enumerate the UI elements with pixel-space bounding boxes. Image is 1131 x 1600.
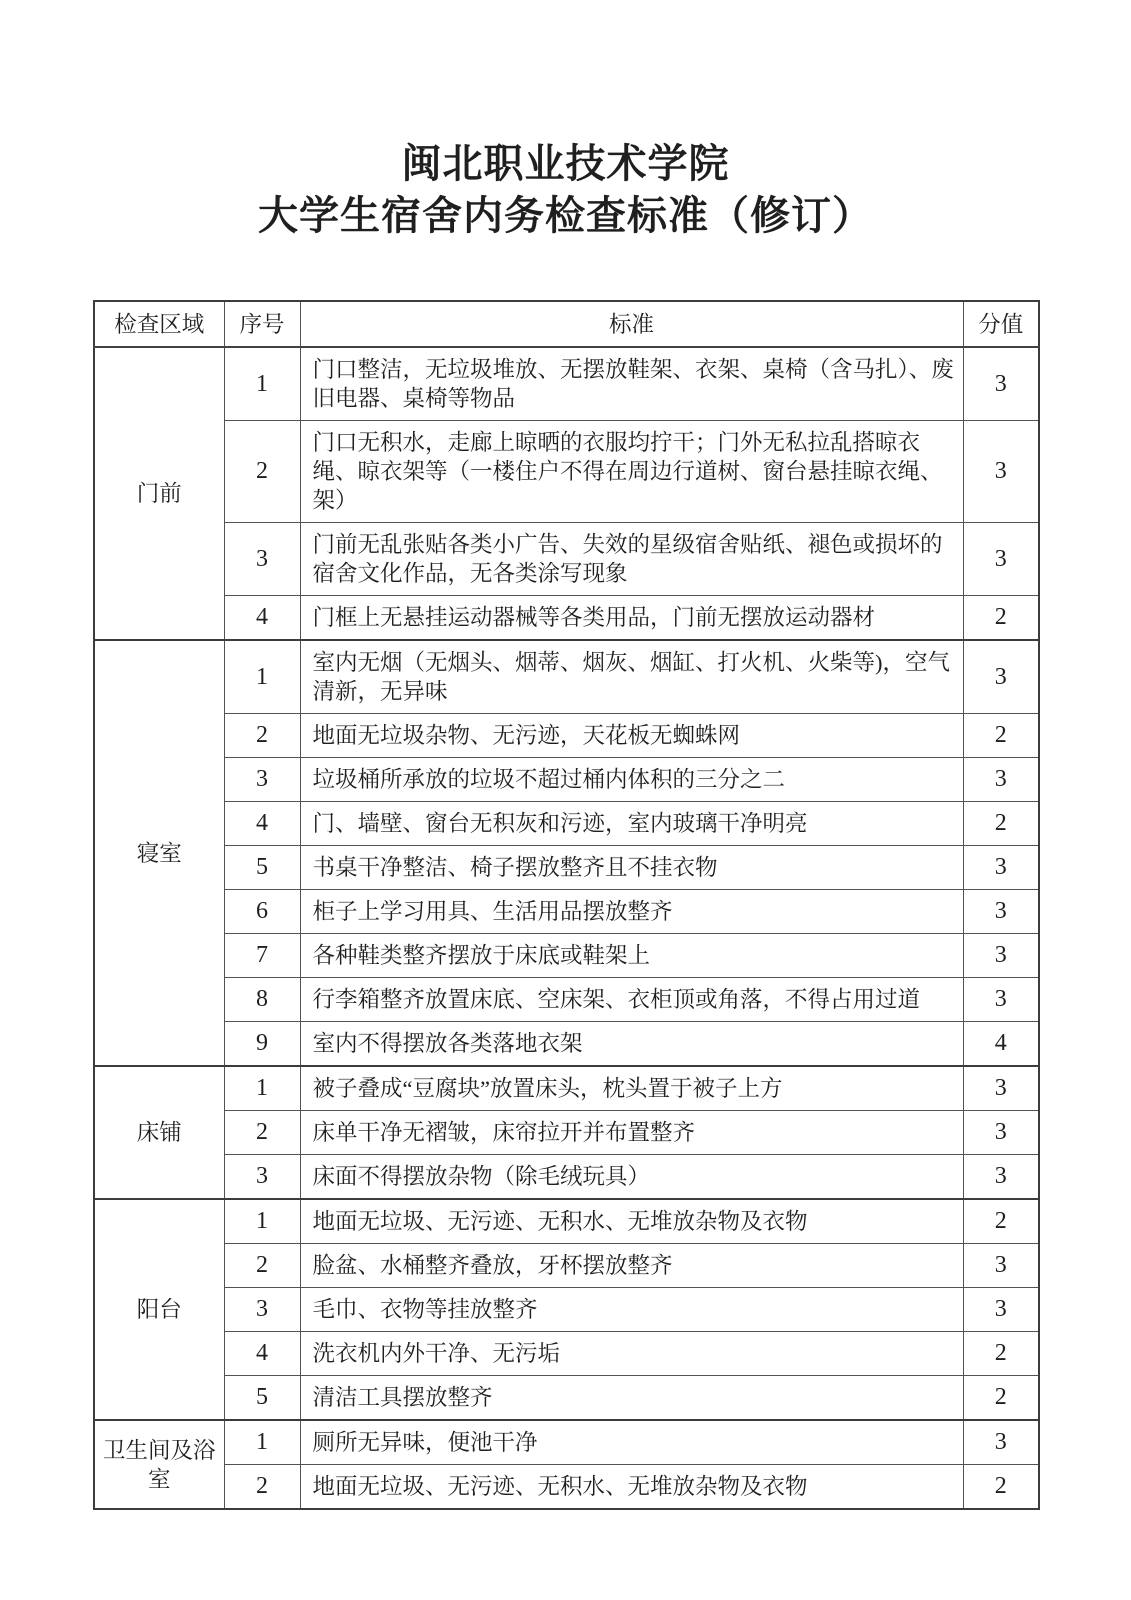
score-cell: 3 — [963, 1420, 1039, 1465]
index-cell: 1 — [224, 640, 300, 714]
score-cell: 2 — [963, 1376, 1039, 1421]
index-cell: 1 — [224, 347, 300, 421]
index-cell: 5 — [224, 846, 300, 890]
standard-cell: 垃圾桶所承放的垃圾不超过桶内体积的三分之二 — [300, 758, 963, 802]
inspection-table-wrapper: 检查区域 序号 标准 分值 门前1门口整洁，无垃圾堆放、无摆放鞋架、衣架、桌椅（… — [93, 300, 1131, 1510]
score-cell: 2 — [963, 714, 1039, 758]
table-row: 3门前无乱张贴各类小广告、失效的星级宿舍贴纸、褪色或损坏的宿舍文化作品，无各类涂… — [94, 523, 1039, 596]
score-cell: 3 — [963, 1244, 1039, 1288]
table-row: 6柜子上学习用具、生活用品摆放整齐3 — [94, 890, 1039, 934]
index-cell: 3 — [224, 1288, 300, 1332]
index-cell: 2 — [224, 714, 300, 758]
table-row: 2床单干净无褶皱，床帘拉开并布置整齐3 — [94, 1111, 1039, 1155]
header-index: 序号 — [224, 301, 300, 347]
index-cell: 1 — [224, 1066, 300, 1111]
table-row: 卫生间及浴室1厕所无异味，便池干净3 — [94, 1420, 1039, 1465]
index-cell: 2 — [224, 1465, 300, 1510]
table-row: 3毛巾、衣物等挂放整齐3 — [94, 1288, 1039, 1332]
table-row: 8行李箱整齐放置床底、空床架、衣柜顶或角落，不得占用过道3 — [94, 978, 1039, 1022]
table-row: 2地面无垃圾杂物、无污迹，天花板无蜘蛛网2 — [94, 714, 1039, 758]
area-cell: 床铺 — [94, 1066, 224, 1199]
score-cell: 2 — [963, 1199, 1039, 1244]
score-cell: 3 — [963, 1288, 1039, 1332]
table-header-row: 检查区域 序号 标准 分值 — [94, 301, 1039, 347]
inspection-standards-table: 检查区域 序号 标准 分值 门前1门口整洁，无垃圾堆放、无摆放鞋架、衣架、桌椅（… — [93, 300, 1040, 1510]
score-cell: 3 — [963, 523, 1039, 596]
standard-cell: 门框上无悬挂运动器械等各类用品，门前无摆放运动器材 — [300, 596, 963, 641]
document-title: 闽北职业技术学院 大学生宿舍内务检查标准（修订） — [0, 0, 1131, 242]
score-cell: 3 — [963, 978, 1039, 1022]
score-cell: 3 — [963, 421, 1039, 523]
standard-cell: 脸盆、水桶整齐叠放，牙杯摆放整齐 — [300, 1244, 963, 1288]
standard-cell: 门前无乱张贴各类小广告、失效的星级宿舍贴纸、褪色或损坏的宿舍文化作品，无各类涂写… — [300, 523, 963, 596]
standard-cell: 清洁工具摆放整齐 — [300, 1376, 963, 1421]
inspection-table-body: 门前1门口整洁，无垃圾堆放、无摆放鞋架、衣架、桌椅（含马扎）、废旧电器、桌椅等物… — [94, 347, 1039, 1509]
standard-cell: 门口整洁，无垃圾堆放、无摆放鞋架、衣架、桌椅（含马扎）、废旧电器、桌椅等物品 — [300, 347, 963, 421]
standard-cell: 地面无垃圾杂物、无污迹，天花板无蜘蛛网 — [300, 714, 963, 758]
title-line-1: 闽北职业技术学院 — [0, 138, 1131, 190]
standard-cell: 书桌干净整洁、椅子摆放整齐且不挂衣物 — [300, 846, 963, 890]
table-row: 5书桌干净整洁、椅子摆放整齐且不挂衣物3 — [94, 846, 1039, 890]
index-cell: 1 — [224, 1199, 300, 1244]
index-cell: 8 — [224, 978, 300, 1022]
index-cell: 3 — [224, 523, 300, 596]
index-cell: 2 — [224, 1111, 300, 1155]
index-cell: 2 — [224, 1244, 300, 1288]
standard-cell: 室内无烟（无烟头、烟蒂、烟灰、烟缸、打火机、火柴等)，空气清新，无异味 — [300, 640, 963, 714]
header-score: 分值 — [963, 301, 1039, 347]
score-cell: 2 — [963, 1332, 1039, 1376]
standard-cell: 室内不得摆放各类落地衣架 — [300, 1022, 963, 1067]
document-page: 闽北职业技术学院 大学生宿舍内务检查标准（修订） 检查区域 序号 标准 分值 门… — [0, 0, 1131, 1600]
index-cell: 2 — [224, 421, 300, 523]
index-cell: 5 — [224, 1376, 300, 1421]
table-row: 门前1门口整洁，无垃圾堆放、无摆放鞋架、衣架、桌椅（含马扎）、废旧电器、桌椅等物… — [94, 347, 1039, 421]
score-cell: 3 — [963, 640, 1039, 714]
score-cell: 4 — [963, 1022, 1039, 1067]
score-cell: 3 — [963, 1066, 1039, 1111]
table-row: 寝室1室内无烟（无烟头、烟蒂、烟灰、烟缸、打火机、火柴等)，空气清新，无异味3 — [94, 640, 1039, 714]
area-cell: 门前 — [94, 347, 224, 640]
score-cell: 2 — [963, 802, 1039, 846]
standard-cell: 床面不得摆放杂物（除毛绒玩具） — [300, 1155, 963, 1200]
table-row: 4洗衣机内外干净、无污垢2 — [94, 1332, 1039, 1376]
index-cell: 4 — [224, 1332, 300, 1376]
score-cell: 3 — [963, 934, 1039, 978]
index-cell: 3 — [224, 1155, 300, 1200]
score-cell: 3 — [963, 1155, 1039, 1200]
index-cell: 4 — [224, 802, 300, 846]
standard-cell: 床单干净无褶皱，床帘拉开并布置整齐 — [300, 1111, 963, 1155]
standard-cell: 洗衣机内外干净、无污垢 — [300, 1332, 963, 1376]
index-cell: 7 — [224, 934, 300, 978]
score-cell: 3 — [963, 890, 1039, 934]
score-cell: 3 — [963, 347, 1039, 421]
header-inspection-area: 检查区域 — [94, 301, 224, 347]
table-row: 7各种鞋类整齐摆放于床底或鞋架上3 — [94, 934, 1039, 978]
score-cell: 3 — [963, 846, 1039, 890]
index-cell: 9 — [224, 1022, 300, 1067]
table-row: 2脸盆、水桶整齐叠放，牙杯摆放整齐3 — [94, 1244, 1039, 1288]
standard-cell: 门、墙壁、窗台无积灰和污迹，室内玻璃干净明亮 — [300, 802, 963, 846]
standard-cell: 各种鞋类整齐摆放于床底或鞋架上 — [300, 934, 963, 978]
title-line-2: 大学生宿舍内务检查标准（修订） — [0, 190, 1131, 242]
standard-cell: 毛巾、衣物等挂放整齐 — [300, 1288, 963, 1332]
standard-cell: 地面无垃圾、无污迹、无积水、无堆放杂物及衣物 — [300, 1465, 963, 1510]
area-cell: 卫生间及浴室 — [94, 1420, 224, 1509]
standard-cell: 被子叠成“豆腐块”放置床头，枕头置于被子上方 — [300, 1066, 963, 1111]
standard-cell: 柜子上学习用具、生活用品摆放整齐 — [300, 890, 963, 934]
table-row: 3垃圾桶所承放的垃圾不超过桶内体积的三分之二3 — [94, 758, 1039, 802]
index-cell: 4 — [224, 596, 300, 641]
index-cell: 6 — [224, 890, 300, 934]
index-cell: 1 — [224, 1420, 300, 1465]
table-row: 3床面不得摆放杂物（除毛绒玩具）3 — [94, 1155, 1039, 1200]
table-row: 4门、墙壁、窗台无积灰和污迹，室内玻璃干净明亮2 — [94, 802, 1039, 846]
index-cell: 3 — [224, 758, 300, 802]
table-row: 2地面无垃圾、无污迹、无积水、无堆放杂物及衣物2 — [94, 1465, 1039, 1510]
standard-cell: 厕所无异味，便池干净 — [300, 1420, 963, 1465]
table-row: 5清洁工具摆放整齐2 — [94, 1376, 1039, 1421]
score-cell: 2 — [963, 1465, 1039, 1510]
score-cell: 2 — [963, 596, 1039, 641]
standard-cell: 行李箱整齐放置床底、空床架、衣柜顶或角落，不得占用过道 — [300, 978, 963, 1022]
table-row: 4门框上无悬挂运动器械等各类用品，门前无摆放运动器材2 — [94, 596, 1039, 641]
score-cell: 3 — [963, 1111, 1039, 1155]
area-cell: 阳台 — [94, 1199, 224, 1420]
table-row: 2门口无积水，走廊上晾晒的衣服均拧干；门外无私拉乱搭晾衣绳、晾衣架等（一楼住户不… — [94, 421, 1039, 523]
header-standard: 标准 — [300, 301, 963, 347]
score-cell: 3 — [963, 758, 1039, 802]
area-cell: 寝室 — [94, 640, 224, 1066]
standard-cell: 地面无垃圾、无污迹、无积水、无堆放杂物及衣物 — [300, 1199, 963, 1244]
standard-cell: 门口无积水，走廊上晾晒的衣服均拧干；门外无私拉乱搭晾衣绳、晾衣架等（一楼住户不得… — [300, 421, 963, 523]
table-row: 阳台1地面无垃圾、无污迹、无积水、无堆放杂物及衣物2 — [94, 1199, 1039, 1244]
table-row: 床铺1被子叠成“豆腐块”放置床头，枕头置于被子上方3 — [94, 1066, 1039, 1111]
table-row: 9室内不得摆放各类落地衣架4 — [94, 1022, 1039, 1067]
